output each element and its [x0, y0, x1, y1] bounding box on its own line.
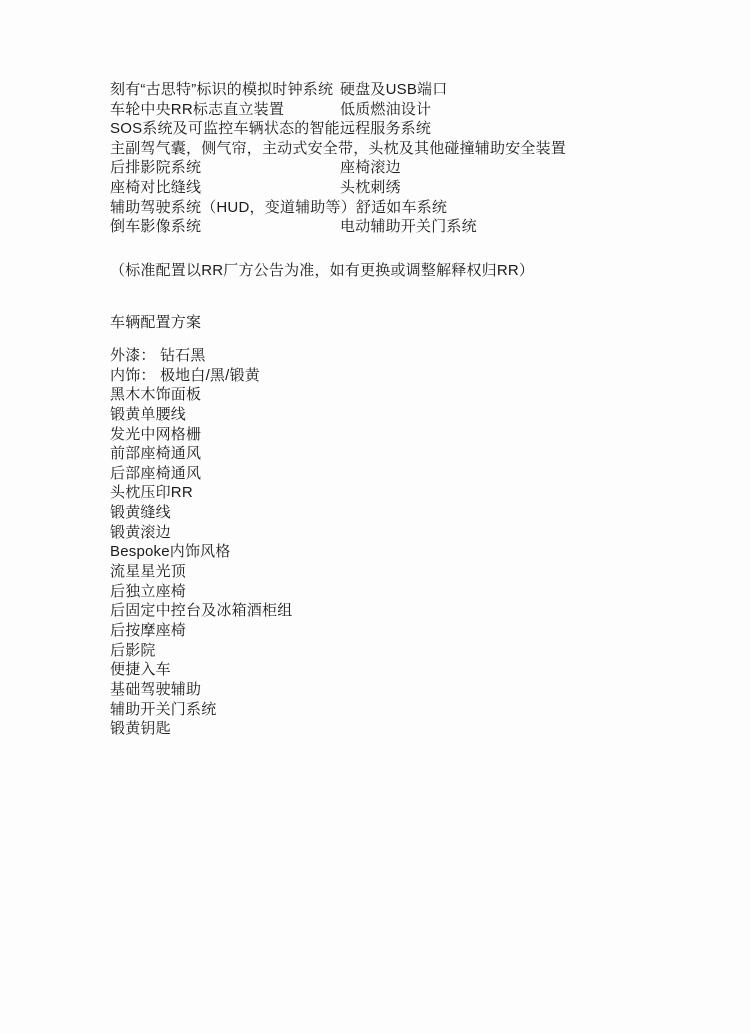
config-item: 头枕压印RR	[110, 483, 292, 503]
config-item-exterior-paint: 外漆： 钻石黑	[110, 346, 292, 366]
feature-left: 座椅对比缝线	[110, 178, 340, 198]
feature-right: 低质燃油设计	[340, 101, 431, 118]
config-options-list: 外漆： 钻石黑 内饰： 极地白/黑/锻黄 黑木木饰面板 锻黄单腰线 发光中网格栅…	[110, 346, 292, 739]
feature-right: 舒适如车系统	[356, 199, 447, 216]
feature-row: 倒车影像系统电动辅助开关门系统	[110, 217, 566, 237]
feature-right: 头枕刺绣	[340, 179, 401, 196]
feature-left: 刻有“古思特”标识的模拟时钟系统	[110, 80, 340, 100]
config-item: 后影院	[110, 641, 292, 661]
config-item: 流星星光顶	[110, 562, 292, 582]
feature-row: 主副驾气囊，侧气帘，主动式安全带，头枕及其他碰撞辅助安全装置	[110, 139, 566, 159]
feature-row: 辅助驾驶系统（HUD，变道辅助等）舒适如车系统	[110, 198, 566, 218]
config-item: 锻黄单腰线	[110, 405, 292, 425]
config-item: 前部座椅通风	[110, 444, 292, 464]
feature-row: 后排影院系统座椅滚边	[110, 158, 566, 178]
feature-right: 电动辅助开关门系统	[340, 218, 477, 235]
config-item: 锻黄钥匙	[110, 719, 292, 739]
config-item: 后部座椅通风	[110, 464, 292, 484]
feature-left: 主副驾气囊，侧气帘，主动式安全带，头枕及其他碰撞辅助安全装置	[110, 139, 566, 159]
feature-left: 倒车影像系统	[110, 217, 340, 237]
config-section-title: 车辆配置方案	[110, 313, 201, 333]
feature-right: 硬盘及USB端口	[340, 81, 447, 98]
feature-right: 座椅滚边	[340, 159, 401, 176]
config-item: 后独立座椅	[110, 582, 292, 602]
config-item: 后固定中控台及冰箱酒柜组	[110, 601, 292, 621]
feature-row: SOS系统及可监控车辆状态的智能远程服务系统	[110, 119, 566, 139]
feature-row: 座椅对比缝线头枕刺绣	[110, 178, 566, 198]
feature-left: 辅助驾驶系统（HUD，变道辅助等）	[110, 198, 356, 218]
config-item: 辅助开关门系统	[110, 700, 292, 720]
config-item: 黑木木饰面板	[110, 385, 292, 405]
config-item: 后按摩座椅	[110, 621, 292, 641]
feature-left: 后排影院系统	[110, 158, 340, 178]
standard-features-list: 刻有“古思特”标识的模拟时钟系统硬盘及USB端口 车轮中央RR标志直立装置低质燃…	[110, 80, 566, 237]
feature-left: SOS系统及可监控车辆状态的智能远程服务系统	[110, 119, 431, 139]
config-item: 发光中网格栅	[110, 425, 292, 445]
disclaimer-note: （标准配置以RR厂方公告为准，如有更换或调整解释权归RR）	[110, 261, 534, 281]
config-item-interior: 内饰： 极地白/黑/锻黄	[110, 366, 292, 386]
document-page: 刻有“古思特”标识的模拟时钟系统硬盘及USB端口 车轮中央RR标志直立装置低质燃…	[0, 0, 750, 1034]
feature-row: 车轮中央RR标志直立装置低质燃油设计	[110, 100, 566, 120]
config-item: 便捷入车	[110, 660, 292, 680]
config-item: 锻黄滚边	[110, 523, 292, 543]
config-item: 基础驾驶辅助	[110, 680, 292, 700]
feature-row: 刻有“古思特”标识的模拟时钟系统硬盘及USB端口	[110, 80, 566, 100]
config-item: 锻黄缝线	[110, 503, 292, 523]
feature-left: 车轮中央RR标志直立装置	[110, 100, 340, 120]
config-item: Bespoke内饰风格	[110, 542, 292, 562]
